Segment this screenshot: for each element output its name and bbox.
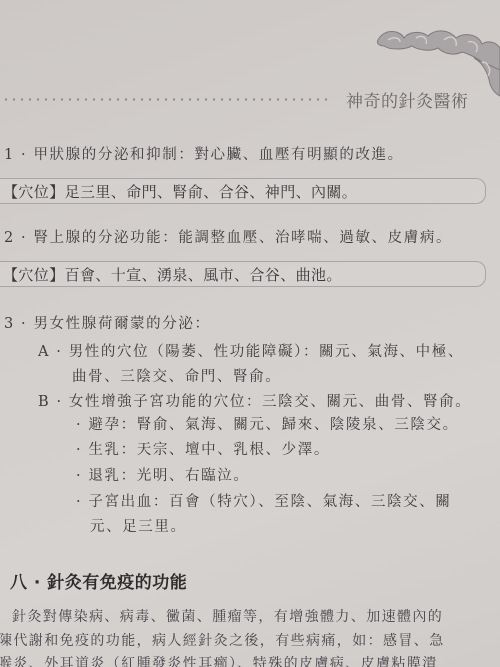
- paragraph-line-2: 陳代謝和免疫的功能，病人經針灸之後，有些病痛，如：感冒、急: [0, 630, 445, 650]
- item-3a-line-2: 曲骨、三陰交、命門、腎俞。: [72, 365, 281, 386]
- item-2-text: 2 · 腎上腺的分泌功能：能調整血壓、治哮喘、過敏、皮膚病。: [4, 226, 452, 247]
- acupoint-box-2-content: 【穴位】百會、十宣、湧泉、風市、合谷、曲池。: [3, 264, 342, 285]
- item-3b-line-1: B · 女性增強子宮功能的穴位：三陰交、關元、曲骨、腎俞。: [38, 390, 471, 411]
- bullet-uterine-bleeding: · 子宮出血：百會（特穴）、至陰、氣海、三陰交、關: [76, 490, 451, 511]
- item-3-text: 3 · 男女性腺荷爾蒙的分泌：: [4, 312, 211, 333]
- bullet-stop-lactation: · 退乳：光明、右臨泣。: [76, 464, 249, 485]
- paragraph-line-3: 喉炎、外耳道炎（紅腫發炎性耳癤）、特殊的皮膚病、皮膚粘膜潰: [0, 653, 438, 667]
- paragraph-line-1: 針灸對傳染病、病毒、黴菌、腫瘤等，有增強體力、加速體內的: [12, 606, 443, 626]
- acupoint-label: 【穴位】: [3, 183, 65, 201]
- acupoint-box-1: 【穴位】足三里、命門、腎俞、合谷、神門、內關。: [0, 178, 486, 204]
- running-header: 神奇的針灸醫術: [0, 84, 500, 114]
- acupoint-box-1-content: 【穴位】足三里、命門、腎俞、合谷、神門、內關。: [3, 181, 357, 202]
- bullet-lactation: · 生乳：天宗、壇中、乳根、少澤。: [76, 438, 330, 459]
- section-heading: 八 · 針灸有免疫的功能: [10, 568, 187, 593]
- acupoint-label: 【穴位】: [3, 266, 65, 284]
- item-3a-line-1: A · 男性的穴位（陽萎、性功能障礙）：關元、氣海、中極、: [38, 340, 464, 361]
- dotted-rule: [2, 98, 332, 101]
- running-title: 神奇的針灸醫術: [346, 87, 469, 112]
- bullet-uterine-bleeding-cont: 元、足三里。: [90, 515, 187, 536]
- acupoint-box-2: 【穴位】百會、十宣、湧泉、風市、合谷、曲池。: [0, 261, 486, 287]
- item-1-text: 1 · 甲狀腺的分泌和抑制：對心臟、血壓有明顯的改進。: [4, 143, 404, 164]
- acupoint-list: 百會、十宣、湧泉、風市、合谷、曲池。: [65, 266, 342, 284]
- bullet-contraception: · 避孕：腎俞、氣海、關元、歸來、陰陵泉、三陰交。: [76, 413, 459, 434]
- acupoint-list: 足三里、命門、腎俞、合谷、神門、內關。: [65, 183, 358, 201]
